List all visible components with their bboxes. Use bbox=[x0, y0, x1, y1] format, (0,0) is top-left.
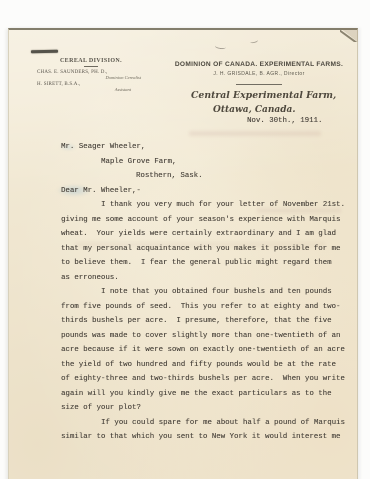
bleed-through-mark bbox=[189, 131, 321, 136]
body-line: If you could spare for me about half a p… bbox=[61, 416, 355, 431]
body-line: again will you kindly give me the exact … bbox=[61, 387, 355, 402]
body-line: pounds was made to cover slightly more t… bbox=[61, 329, 355, 344]
body-line: as erroneous. bbox=[61, 271, 355, 286]
body-line: to believe them. I fear the general publ… bbox=[61, 256, 355, 271]
pencil-dash-mark bbox=[31, 50, 58, 53]
pencil-mark bbox=[250, 38, 259, 44]
corner-fold bbox=[340, 28, 358, 42]
body-line: I thank you very much for your letter of… bbox=[61, 198, 355, 213]
body-line: from five pounds of seed. This you refer… bbox=[61, 300, 355, 315]
body-line: wheat. Your yields were certainly extrao… bbox=[61, 227, 355, 242]
body-line: I note that you obtained four bushels an… bbox=[61, 285, 355, 300]
body-line: thirds bushels per acre. I presume, ther… bbox=[61, 314, 355, 329]
body-line: the yield of two hundred and fifty pound… bbox=[61, 358, 355, 373]
farm-name: Central Experimental Farm, bbox=[191, 90, 336, 101]
recipient-name: Mr. Seager Wheeler, bbox=[61, 140, 355, 155]
scanned-letter: CEREAL DIVISION. CHAS. E. SAUNDERS, PH. … bbox=[0, 0, 370, 479]
division-block: CEREAL DIVISION. CHAS. E. SAUNDERS, PH. … bbox=[37, 58, 145, 92]
letter-body: Mr. Seager Wheeler, Maple Grove Farm, Ro… bbox=[61, 140, 355, 445]
division-rule bbox=[84, 66, 98, 67]
pencil-mark bbox=[215, 43, 227, 49]
body-line: that my personal acquaintance with you m… bbox=[61, 242, 355, 257]
director-line: J. H. GRISDALE, B. AGR., Director bbox=[157, 71, 361, 77]
body-line: similar to that which you sent to New Yo… bbox=[61, 430, 355, 445]
org-rule bbox=[236, 84, 282, 85]
division-title: CEREAL DIVISION. bbox=[37, 58, 145, 64]
body-line: giving me some account of your season's … bbox=[61, 213, 355, 228]
body-line: of eighty-three and two-thirds bushels p… bbox=[61, 372, 355, 387]
letter-date: Nov. 30th., 1911. bbox=[247, 117, 322, 125]
recipient-farm: Maple Grove Farm, bbox=[61, 155, 355, 170]
farm-location: Ottawa, Canada. bbox=[213, 105, 295, 115]
org-title: DOMINION OF CANADA. EXPERIMENTAL FARMS. bbox=[157, 61, 361, 68]
org-block: DOMINION OF CANADA. EXPERIMENTAL FARMS. … bbox=[157, 61, 361, 85]
assistant-role: Assistant bbox=[37, 87, 145, 92]
letter-paper: CEREAL DIVISION. CHAS. E. SAUNDERS, PH. … bbox=[8, 28, 358, 479]
recipient-town: Rosthern, Sask. bbox=[61, 169, 355, 184]
body-line: size of your plot? bbox=[61, 401, 355, 416]
salutation: Dear Mr. Wheeler,- bbox=[61, 184, 355, 199]
body-line: acre because if it were sown on exactly … bbox=[61, 343, 355, 358]
cerealist-role: Dominion Cerealist bbox=[37, 75, 145, 80]
